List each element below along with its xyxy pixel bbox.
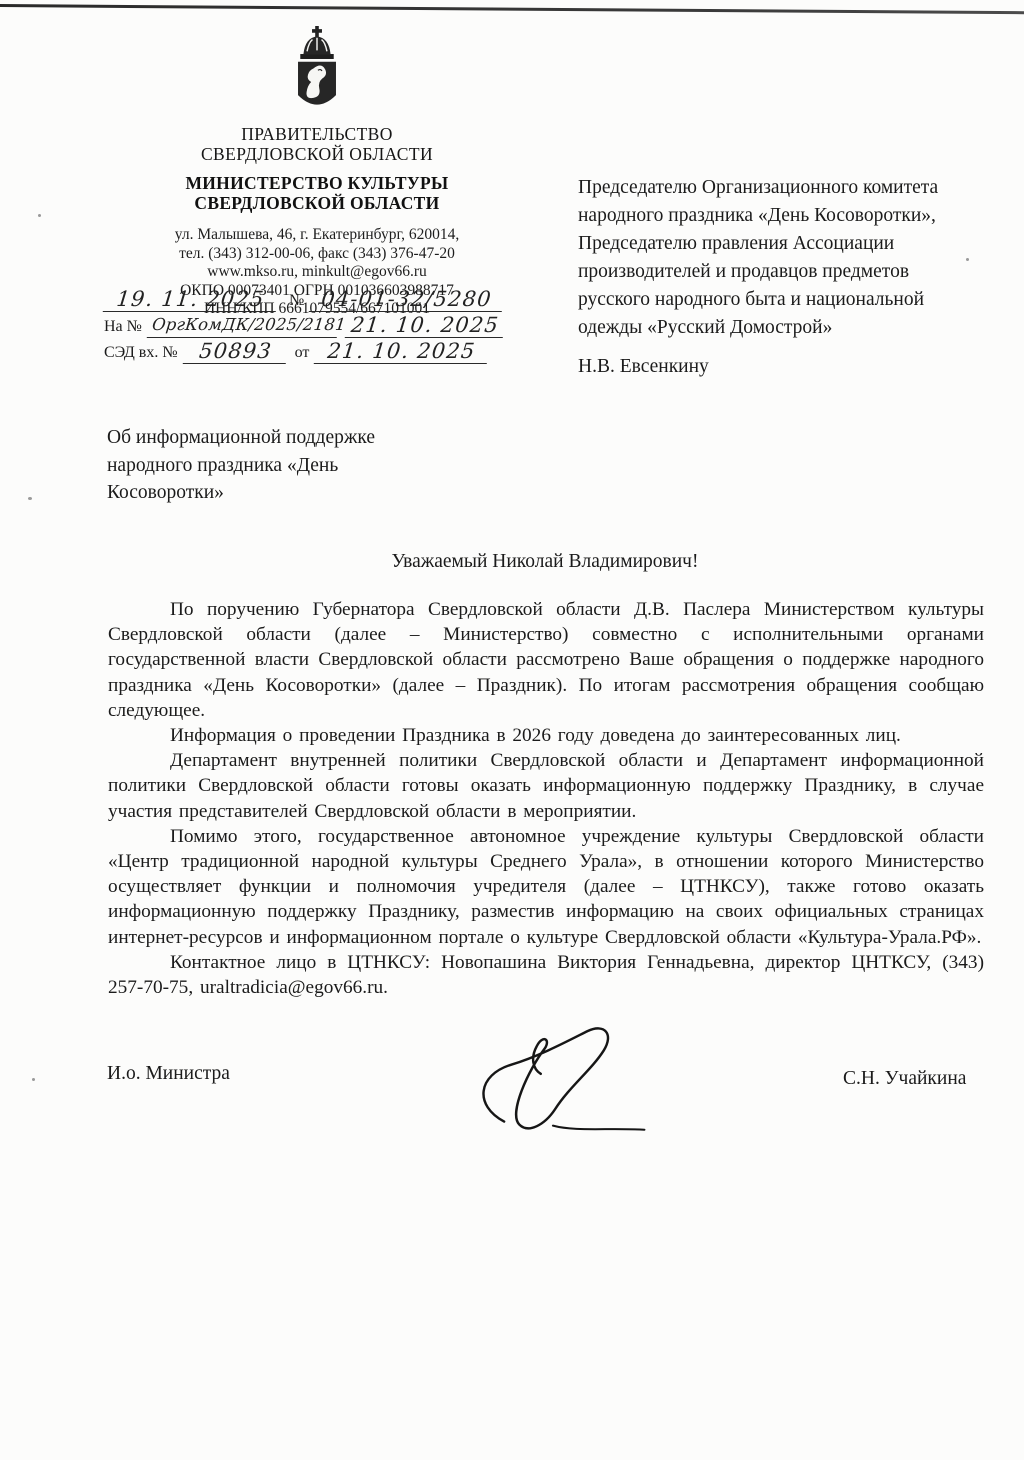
handwritten-signature-icon — [452, 1024, 662, 1146]
signer-position: И.о. Министра — [107, 1063, 230, 1085]
ministry-title-line2: СВЕРДЛОВСКОЙ ОБЛАСТИ — [103, 193, 531, 213]
body-paragraph: Департамент внутренней политики Свердлов… — [108, 748, 984, 824]
number-sign-label: № — [277, 292, 310, 312]
reference-block: 19. 11. 2025 № 04-01-32/5280 На № ОргКом… — [104, 288, 504, 366]
reply-date-handwritten: 21. 10. 2025 — [345, 314, 506, 338]
address-web-email: www.mkso.ru, minkult@egov66.ru — [103, 263, 531, 282]
address-street: ул. Малышева, 46, г. Екатеринбург, 62001… — [103, 226, 531, 245]
outgoing-reference-row: 19. 11. 2025 № 04-01-32/5280 — [104, 288, 504, 312]
addressee-block: Председателю Организационного комитета н… — [578, 174, 990, 342]
letter-body: По поручению Губернатора Свердловской об… — [108, 597, 984, 1000]
government-title-line2: СВЕРДЛОВСКОЙ ОБЛАСТИ — [103, 144, 531, 164]
body-paragraph: Помимо этого, государственное автономное… — [108, 824, 984, 950]
scanned-letter-page: ПРАВИТЕЛЬСТВО СВЕРДЛОВСКОЙ ОБЛАСТИ МИНИС… — [0, 0, 1024, 1460]
reply-to-label: На № — [104, 318, 148, 338]
scan-speck — [28, 497, 32, 500]
addressee-name: Н.В. Евсенкину — [578, 356, 709, 378]
reply-reference-row: На № ОргКомДК/2025/2181 21. 10. 2025 — [104, 314, 504, 338]
outgoing-number-handwritten: 04-01-32/5280 — [309, 288, 505, 312]
reply-number-handwritten: ОргКомДК/2025/2181 — [147, 314, 340, 338]
salutation: Уважаемый Николай Владимирович! — [108, 551, 982, 573]
sed-incoming-row: СЭД вх. № 50893 от 21. 10. 2025 — [104, 340, 504, 364]
subject-line: Об информационной поддержке народного пр… — [107, 424, 447, 507]
ministry-title-line1: МИНИСТЕРСТВО КУЛЬТУРЫ — [103, 173, 531, 193]
scan-artifact-line — [0, 4, 1024, 16]
from-label: от — [287, 344, 316, 364]
sverdlovsk-coat-of-arms-icon — [285, 26, 349, 120]
signer-name: С.Н. Учайкина — [843, 1068, 966, 1090]
outgoing-date-handwritten: 19. 11. 2025 — [103, 288, 279, 312]
sed-incoming-label: СЭД вх. № — [104, 344, 184, 364]
body-paragraph: Информация о проведении Праздника в 2026… — [108, 723, 984, 748]
scan-speck — [32, 1078, 35, 1081]
sed-date-handwritten: 21. 10. 2025 — [314, 340, 490, 364]
scan-speck — [38, 214, 41, 217]
government-title-line1: ПРАВИТЕЛЬСТВО — [103, 124, 531, 144]
letterhead: ПРАВИТЕЛЬСТВО СВЕРДЛОВСКОЙ ОБЛАСТИ МИНИС… — [103, 26, 531, 319]
address-phone: тел. (343) 312-00-06, факс (343) 376-47-… — [103, 245, 531, 264]
sed-number-handwritten: 50893 — [182, 340, 288, 364]
body-paragraph: Контактное лицо в ЦТНКСУ: Новопашина Вик… — [108, 950, 984, 1000]
body-paragraph: По поручению Губернатора Свердловской об… — [108, 597, 984, 723]
